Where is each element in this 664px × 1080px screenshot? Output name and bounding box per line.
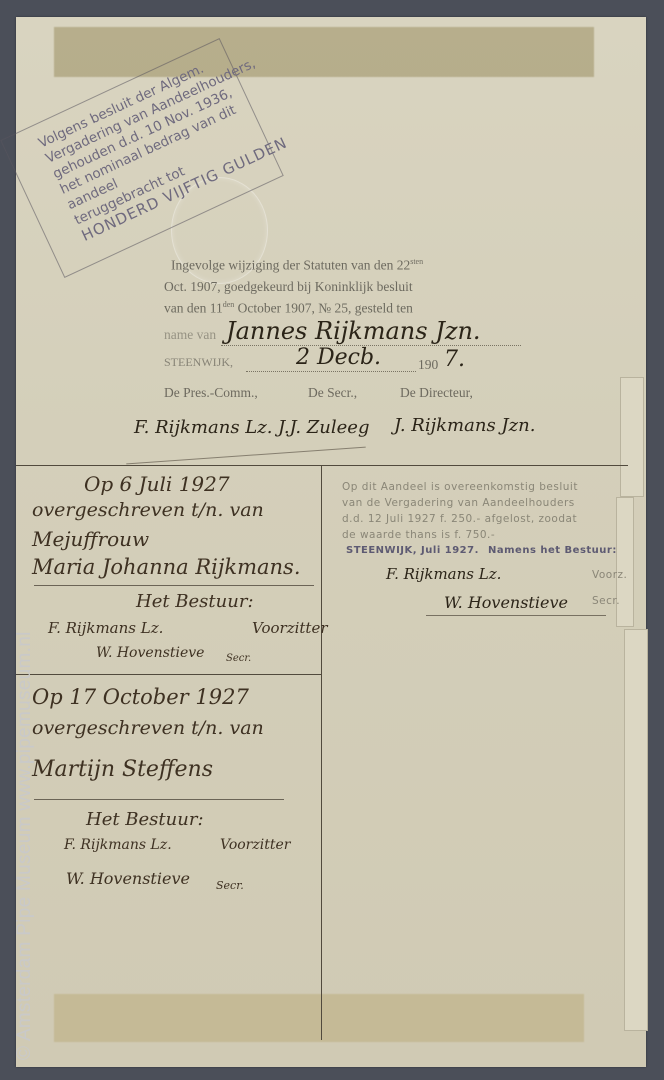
signature-secr: J.J. Zuleeg (278, 417, 370, 438)
chair-title: Voorz. (592, 569, 627, 581)
chair-title: Voorzitter (252, 619, 328, 637)
horizontal-rule (16, 465, 628, 466)
board-label: Het Bestuur: (86, 809, 204, 830)
secr-signature: W. Hovenstieve (96, 645, 204, 661)
secr-title: Secr. (226, 653, 251, 664)
secr-title: Secr. (592, 595, 620, 607)
chair-signature: F. Rijkmans Lz. (64, 837, 172, 853)
name-label: name van (164, 327, 216, 343)
chair-title: Voorzitter (220, 837, 290, 853)
stamp-line: Op dit Aandeel is overeenkomstig besluit (342, 481, 578, 493)
header-line-1: Ingevolge wijziging der Statuten van den… (171, 257, 423, 274)
pres-comm-label: De Pres.-Comm., (164, 385, 258, 401)
signature-directeur: J. Rijkmans Jzn. (394, 415, 535, 436)
chair-signature: F. Rijkmans Lz. (48, 619, 163, 637)
transfer-text: overgeschreven t/n. van (32, 499, 264, 521)
transfer-text: overgeschreven t/n. van (32, 717, 264, 739)
stamp-on-behalf: Namens het Bestuur: (488, 545, 617, 556)
horizontal-rule (16, 674, 321, 675)
secr-label: De Secr., (308, 385, 357, 401)
holder-name: Jannes Rijkmans Jzn. (226, 317, 481, 345)
adhesive-tape-top (54, 27, 594, 77)
paper-tab (620, 377, 644, 497)
stamp-line: de waarde thans is f. 750.- (342, 529, 495, 541)
stamp-place-date: STEENWIJK, Juli 1927. (346, 545, 479, 556)
place-label: STEENWIJK, (164, 355, 233, 370)
issue-date: 2 Decb. (296, 345, 381, 370)
signature-underline (426, 615, 606, 616)
adhesive-tape-bottom (54, 994, 584, 1042)
directeur-label: De Directeur, (400, 385, 473, 401)
stamp-line: van de Vergadering van Aandeelhouders (342, 497, 575, 509)
name-underline (34, 799, 284, 800)
transferee-name: Martijn Steffens (32, 757, 213, 782)
transfer-title: Mejuffrouw (32, 527, 149, 551)
transferee-name: Maria Johanna Rijkmans. (32, 555, 301, 579)
document-paper: Volgens besluit der Algem. Vergadering v… (16, 17, 646, 1067)
secr-signature: W. Hovenstieve (444, 593, 568, 612)
transfer-date: Op 6 Juli 1927 (84, 472, 230, 496)
secr-title: Secr. (216, 879, 244, 892)
year-prefix: 190 (418, 357, 438, 373)
header-line-3: van den 11den October 1907, № 25, gestel… (164, 300, 413, 317)
chair-signature: F. Rijkmans Lz. (386, 565, 501, 583)
stamp-line: d.d. 12 Juli 1927 f. 250.- afgelost, zoo… (342, 513, 577, 525)
paper-tab (616, 497, 634, 627)
signature-pres-comm: F. Rijkmans Lz. (134, 417, 272, 438)
name-underline (34, 585, 314, 586)
transfer-date: Op 17 October 1927 (32, 685, 249, 709)
secr-signature: W. Hovenstieve (66, 869, 190, 888)
copyright-watermark: © Amsterdam Pipe Museum www.pipemuseum.n… (14, 631, 36, 1060)
vertical-rule (321, 465, 322, 1040)
year-digit: 7. (444, 347, 465, 372)
header-line-2: Oct. 1907, goedgekeurd bij Koninklijk be… (164, 279, 413, 295)
dotted-line (246, 371, 416, 372)
signature-flourish (126, 447, 365, 465)
board-label: Het Bestuur: (136, 591, 254, 612)
paper-tab (624, 629, 648, 1031)
